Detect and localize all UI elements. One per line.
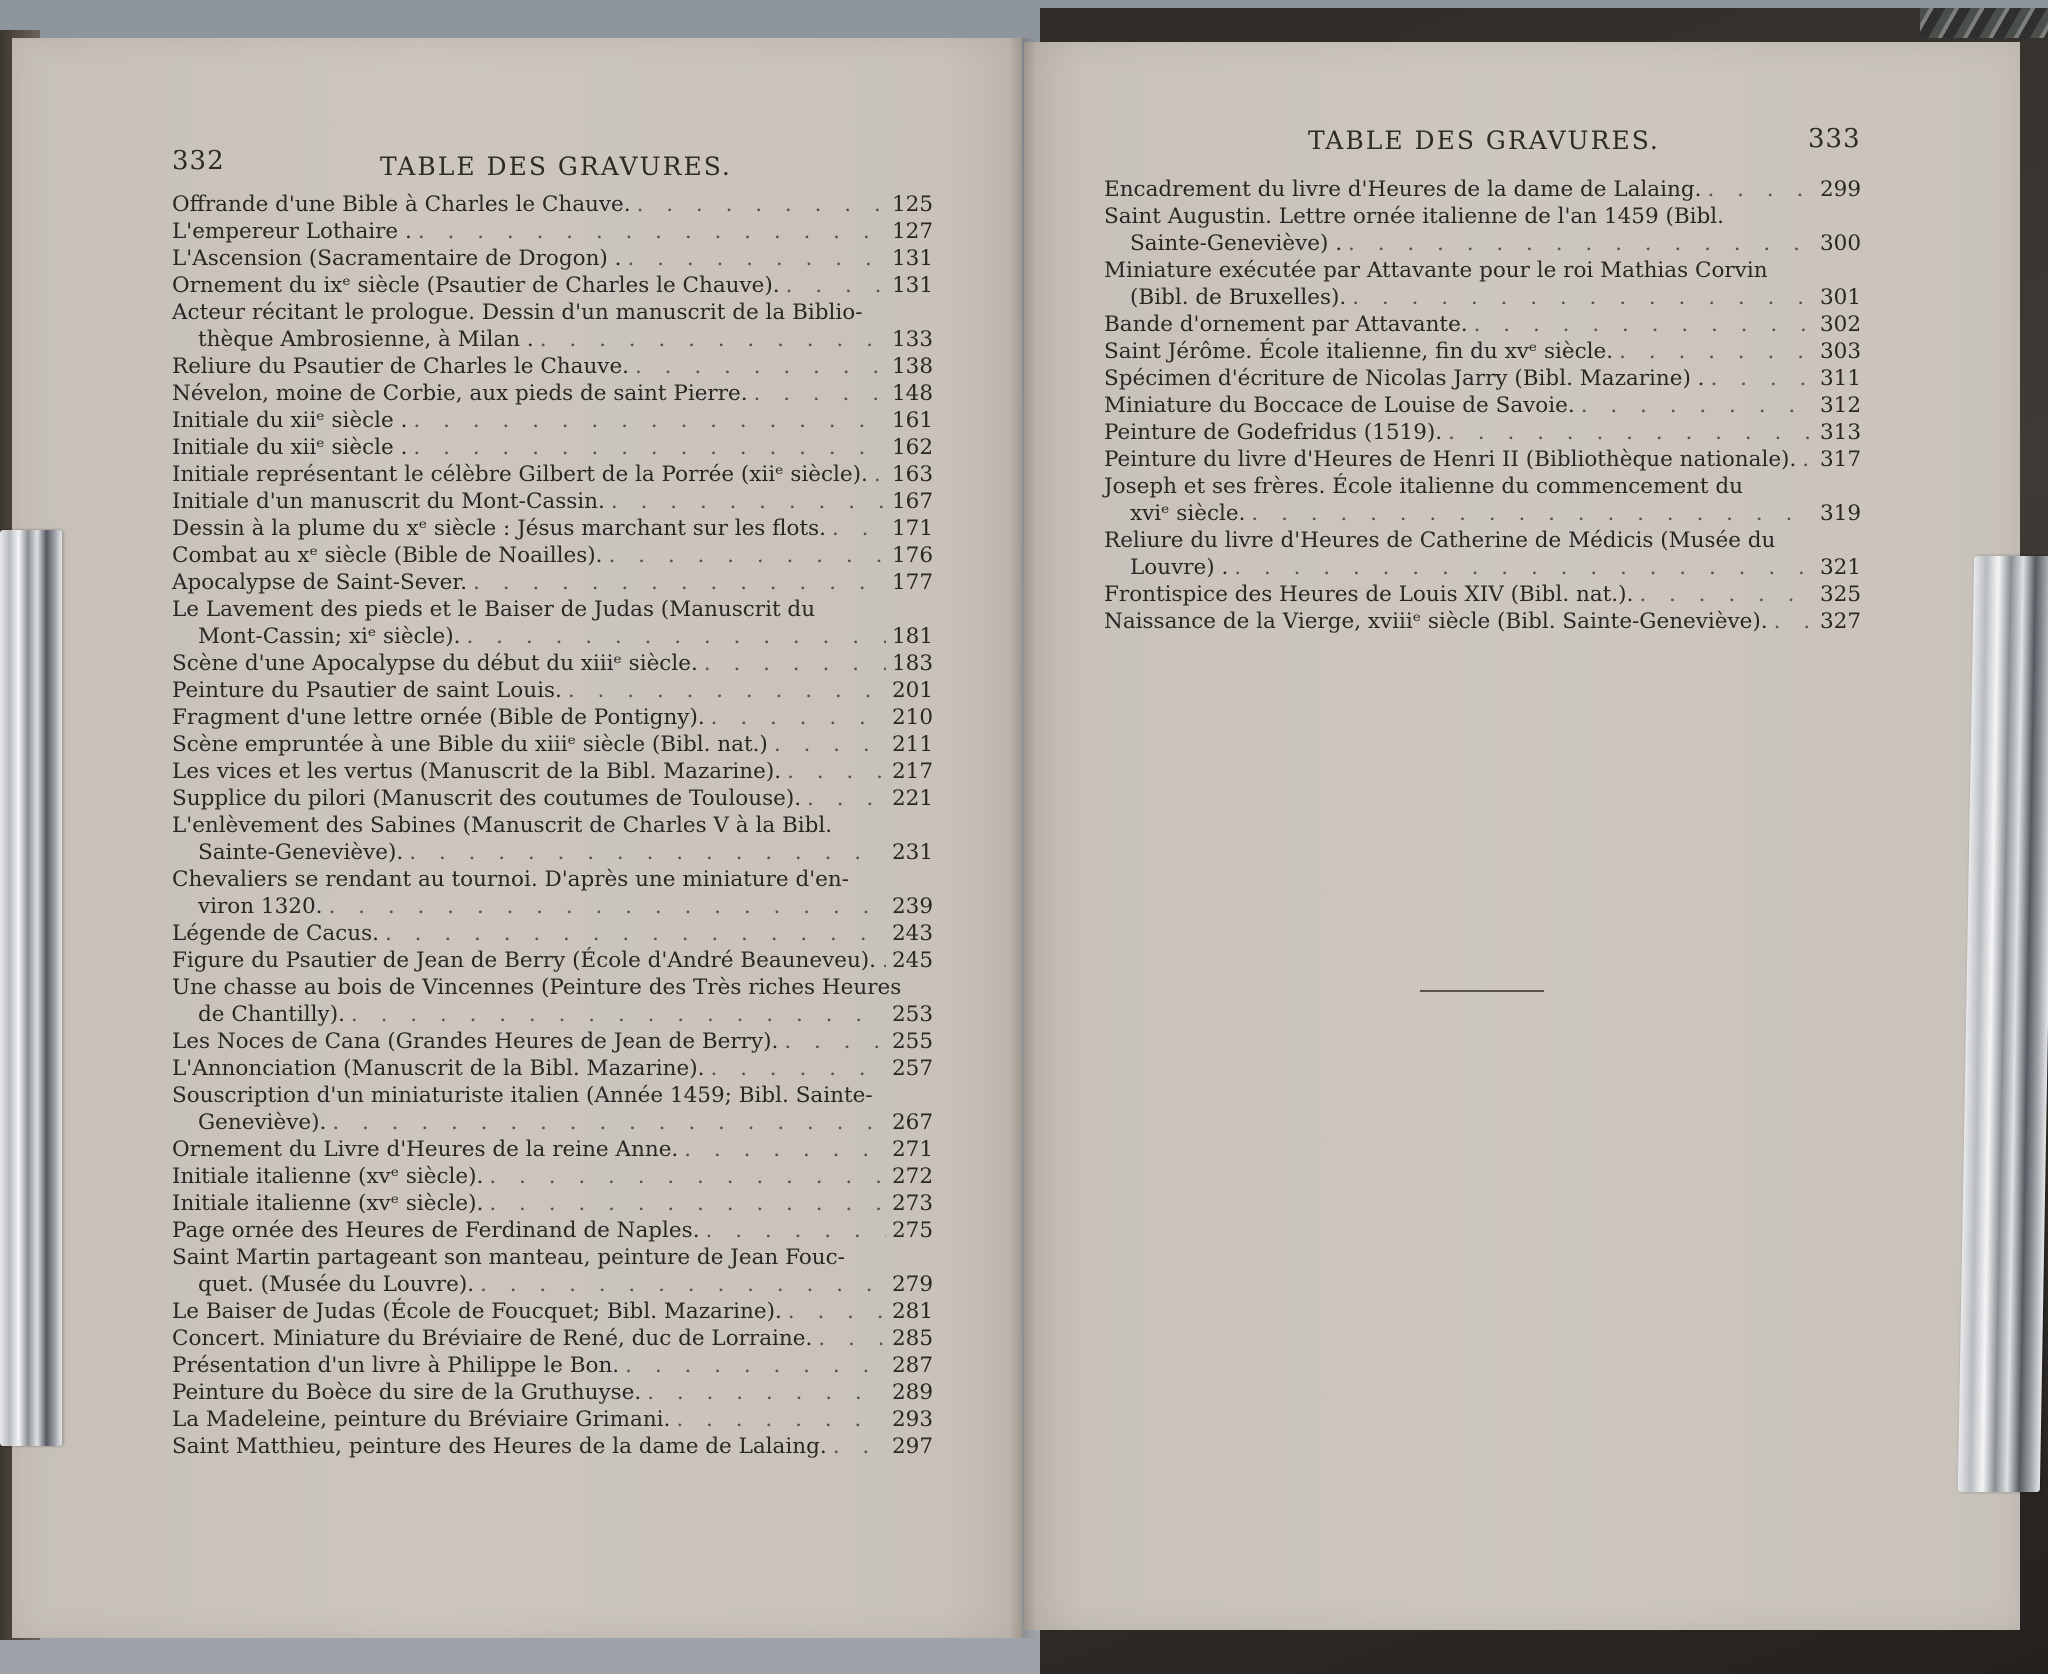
toc-entry-line: Peinture du livre d'Heures de Henri II (… bbox=[1104, 446, 1860, 473]
entry-page-number: 287 bbox=[892, 1352, 932, 1379]
dot-leader bbox=[328, 893, 886, 920]
toc-entry-line: Présentation d'un livre à Philippe le Bo… bbox=[172, 1352, 932, 1379]
entry-page-number: 302 bbox=[1820, 311, 1860, 338]
dot-leader bbox=[832, 515, 886, 542]
entry-page-number: 245 bbox=[892, 947, 932, 974]
dot-leader bbox=[385, 920, 886, 947]
entry-page-number: 210 bbox=[892, 704, 932, 731]
entry-page-number: 221 bbox=[892, 785, 932, 812]
dot-leader bbox=[540, 326, 886, 353]
toc-entry-line: Sainte-Geneviève).231 bbox=[172, 839, 932, 866]
dot-leader bbox=[786, 272, 886, 299]
toc-entry-line: Ornement du ixᵉ siècle (Psautier de Char… bbox=[172, 272, 932, 299]
toc-entry-line: Reliure du Psautier de Charles le Chauve… bbox=[172, 353, 932, 380]
toc-entry-line: Initiale italienne (xvᵉ siècle).272 bbox=[172, 1163, 932, 1190]
dot-leader bbox=[480, 1271, 886, 1298]
entry-title: Spécimen d'écriture de Nicolas Jarry (Bi… bbox=[1104, 365, 1705, 392]
dot-leader bbox=[467, 623, 886, 650]
entry-title: Frontispice des Heures de Louis XIV (Bib… bbox=[1104, 581, 1633, 608]
toc-entry-line: Scène d'une Apocalypse du début du xiiiᵉ… bbox=[172, 650, 932, 677]
entry-page-number: 176 bbox=[892, 542, 932, 569]
dot-leader bbox=[788, 1298, 886, 1325]
entry-page-number: 285 bbox=[892, 1325, 932, 1352]
entry-title: thèque Ambrosienne, à Milan . bbox=[172, 326, 534, 353]
toc-entry: Supplice du pilori (Manuscrit des coutum… bbox=[172, 785, 932, 812]
toc-entry-line: Dessin à la plume du xᵉ siècle : Jésus m… bbox=[172, 515, 932, 542]
dot-leader bbox=[413, 434, 886, 461]
dot-leader bbox=[1707, 176, 1814, 203]
toc-entry-line: Mont-Cassin; xiᵉ siècle).181 bbox=[172, 623, 932, 650]
entry-title: Initiale d'un manuscrit du Mont-Cassin. bbox=[172, 488, 605, 515]
entry-title: Concert. Miniature du Bréviaire de René,… bbox=[172, 1325, 812, 1352]
entry-title: L'Annonciation (Manuscrit de la Bibl. Ma… bbox=[172, 1055, 704, 1082]
entry-title: Ornement du ixᵉ siècle (Psautier de Char… bbox=[172, 272, 780, 299]
toc-entry: Scène empruntée à une Bible du xiiiᵉ siè… bbox=[172, 731, 932, 758]
toc-entry: Légende de Cacus.243 bbox=[172, 920, 932, 947]
toc-entry-line: Ornement du Livre d'Heures de la reine A… bbox=[172, 1136, 932, 1163]
entry-title: Scène empruntée à une Bible du xiiiᵉ siè… bbox=[172, 731, 768, 758]
entry-page-number: 325 bbox=[1820, 581, 1860, 608]
entry-page-number: 321 bbox=[1820, 554, 1860, 581]
dot-leader bbox=[787, 758, 886, 785]
dot-leader bbox=[473, 569, 886, 596]
toc-entry: Scène d'une Apocalypse du début du xiiiᵉ… bbox=[172, 650, 932, 677]
toc-entry-line: L'enlèvement des Sabines (Manuscrit de C… bbox=[172, 812, 932, 839]
toc-entry: Saint Matthieu, peinture des Heures de l… bbox=[172, 1433, 932, 1460]
toc-entry: L'enlèvement des Sabines (Manuscrit de C… bbox=[172, 812, 932, 866]
toc-entry-line: Reliure du livre d'Heures de Catherine d… bbox=[1104, 527, 1860, 554]
entry-title: Le Baiser de Judas (École de Foucquet; B… bbox=[172, 1298, 782, 1325]
spine-shadow bbox=[1010, 38, 1036, 1638]
right-page: TABLE DES GRAVURES. 333 Encadrement du l… bbox=[1024, 42, 2020, 1630]
toc-entry: L'Annonciation (Manuscrit de la Bibl. Ma… bbox=[172, 1055, 932, 1082]
toc-entry: Initiale italienne (xvᵉ siècle).272 bbox=[172, 1163, 932, 1190]
toc-entry-line: Souscription d'un miniaturiste italien (… bbox=[172, 1082, 932, 1109]
toc-entry-line: Saint Matthieu, peinture des Heures de l… bbox=[172, 1433, 932, 1460]
toc-entry: Fragment d'une lettre ornée (Bible de Po… bbox=[172, 704, 932, 731]
toc-entry: Miniature exécutée par Attavante pour le… bbox=[1104, 257, 1860, 311]
toc-entry: L'Ascension (Sacramentaire de Drogon) .1… bbox=[172, 245, 932, 272]
entry-title: Le Lavement des pieds et le Baiser de Ju… bbox=[172, 596, 815, 623]
entry-title: (Bibl. de Bruxelles). bbox=[1104, 284, 1346, 311]
toc-entry-line: Combat au xᵉ siècle (Bible de Noailles).… bbox=[172, 542, 932, 569]
toc-entry-line: Miniature du Boccace de Louise de Savoie… bbox=[1104, 392, 1860, 419]
toc-entry-line: Une chasse au bois de Vincennes (Peintur… bbox=[172, 974, 932, 1001]
entry-page-number: 281 bbox=[892, 1298, 932, 1325]
entry-page-number: 161 bbox=[892, 407, 932, 434]
dot-leader bbox=[706, 1217, 886, 1244]
dot-leader bbox=[784, 1028, 886, 1055]
toc-entry: L'empereur Lothaire .127 bbox=[172, 218, 932, 245]
entry-title: Naissance de la Vierge, xviiiᵉ siècle (B… bbox=[1104, 608, 1768, 635]
dot-leader bbox=[1352, 284, 1814, 311]
entry-page-number: 327 bbox=[1820, 608, 1860, 635]
entry-title: Saint Martin partageant son manteau, pei… bbox=[172, 1244, 845, 1271]
toc-entry-line: Les vices et les vertus (Manuscrit de la… bbox=[172, 758, 932, 785]
entry-title: Fragment d'une lettre ornée (Bible de Po… bbox=[172, 704, 705, 731]
entry-title: Scène d'une Apocalypse du début du xiiiᵉ… bbox=[172, 650, 698, 677]
toc-entry-line: Concert. Miniature du Bréviaire de René,… bbox=[172, 1325, 932, 1352]
entry-page-number: 183 bbox=[892, 650, 932, 677]
entry-title: xviᵉ siècle. bbox=[1104, 500, 1245, 527]
toc-entry: Présentation d'un livre à Philippe le Bo… bbox=[172, 1352, 932, 1379]
entry-title: Miniature exécutée par Attavante pour le… bbox=[1104, 257, 1768, 284]
toc-entry: Figure du Psautier de Jean de Berry (Éco… bbox=[172, 947, 932, 974]
entry-title: Chevaliers se rendant au tournoi. D'aprè… bbox=[172, 866, 849, 893]
toc-entry-line: Apocalypse de Saint-Sever.177 bbox=[172, 569, 932, 596]
dot-leader bbox=[1474, 311, 1814, 338]
entry-title: Peinture du Psautier de saint Louis. bbox=[172, 677, 562, 704]
dot-leader bbox=[754, 380, 886, 407]
page-clip-right[interactable] bbox=[1958, 556, 2048, 1492]
toc-entry: Névelon, moine de Corbie, aux pieds de s… bbox=[172, 380, 932, 407]
entry-title: L'enlèvement des Sabines (Manuscrit de C… bbox=[172, 812, 832, 839]
dot-leader bbox=[1234, 554, 1814, 581]
entry-page-number: 181 bbox=[892, 623, 932, 650]
toc-entry: Acteur récitant le prologue. Dessin d'un… bbox=[172, 299, 932, 353]
toc-entry: Saint Jérôme. École italienne, fin du xv… bbox=[1104, 338, 1860, 365]
entry-title: Mont-Cassin; xiᵉ siècle). bbox=[172, 623, 461, 650]
entry-title: Les Noces de Cana (Grandes Heures de Jea… bbox=[172, 1028, 778, 1055]
entry-title: Initiale du xiiᵉ siècle . bbox=[172, 407, 407, 434]
toc-entry-line: L'Annonciation (Manuscrit de la Bibl. Ma… bbox=[172, 1055, 932, 1082]
toc-entry-line: Supplice du pilori (Manuscrit des coutum… bbox=[172, 785, 932, 812]
entry-title: Saint Jérôme. École italienne, fin du xv… bbox=[1104, 338, 1613, 365]
dot-leader bbox=[409, 839, 886, 866]
toc-entry: Les Noces de Cana (Grandes Heures de Jea… bbox=[172, 1028, 932, 1055]
toc-entry-line: L'empereur Lothaire .127 bbox=[172, 218, 932, 245]
toc-entry: Peinture du livre d'Heures de Henri II (… bbox=[1104, 446, 1860, 473]
toc-entry: Ornement du ixᵉ siècle (Psautier de Char… bbox=[172, 272, 932, 299]
entry-title: Initiale représentant le célèbre Gilbert… bbox=[172, 461, 868, 488]
toc-entry: Page ornée des Heures de Ferdinand de Na… bbox=[172, 1217, 932, 1244]
toc-entry-line: Initiale représentant le célèbre Gilbert… bbox=[172, 461, 932, 488]
toc-entry-line: Joseph et ses frères. École italienne du… bbox=[1104, 473, 1860, 500]
entry-page-number: 275 bbox=[892, 1217, 932, 1244]
entry-page-number: 231 bbox=[892, 839, 932, 866]
toc-entry-line: Spécimen d'écriture de Nicolas Jarry (Bi… bbox=[1104, 365, 1860, 392]
dot-leader bbox=[1448, 419, 1814, 446]
entry-title: Combat au xᵉ siècle (Bible de Noailles). bbox=[172, 542, 603, 569]
entry-title: Initiale du xiiᵉ siècle . bbox=[172, 434, 407, 461]
entry-title: Souscription d'un miniaturiste italien (… bbox=[172, 1082, 873, 1109]
entry-title: Ornement du Livre d'Heures de la reine A… bbox=[172, 1136, 678, 1163]
entry-page-number: 253 bbox=[892, 1001, 932, 1028]
toc-entry: Initiale du xiiᵉ siècle .162 bbox=[172, 434, 932, 461]
entry-title: Acteur récitant le prologue. Dessin d'un… bbox=[172, 299, 862, 326]
entry-title: Offrande d'une Bible à Charles le Chauve… bbox=[172, 191, 631, 218]
toc-entry: Initiale du xiiᵉ siècle .161 bbox=[172, 407, 932, 434]
entry-title: Page ornée des Heures de Ferdinand de Na… bbox=[172, 1217, 700, 1244]
toc-entry: Peinture du Boèce du sire de la Gruthuys… bbox=[172, 1379, 932, 1406]
toc-entry: La Madeleine, peinture du Bréviaire Grim… bbox=[172, 1406, 932, 1433]
dot-leader bbox=[635, 353, 886, 380]
entry-page-number: 138 bbox=[892, 353, 932, 380]
toc-entry: Combat au xᵉ siècle (Bible de Noailles).… bbox=[172, 542, 932, 569]
dot-leader bbox=[611, 488, 886, 515]
toc-entry-line: quet. (Musée du Louvre).279 bbox=[172, 1271, 932, 1298]
entry-title: Supplice du pilori (Manuscrit des coutum… bbox=[172, 785, 801, 812]
toc-entry-line: Névelon, moine de Corbie, aux pieds de s… bbox=[172, 380, 932, 407]
entry-page-number: 255 bbox=[892, 1028, 932, 1055]
toc-entry-line: Saint Jérôme. École italienne, fin du xv… bbox=[1104, 338, 1860, 365]
dot-leader bbox=[568, 677, 886, 704]
entry-title: Geneviève). bbox=[172, 1109, 326, 1136]
entry-title: viron 1320. bbox=[172, 893, 322, 920]
toc-entry-line: Saint Augustin. Lettre ornée italienne d… bbox=[1104, 203, 1860, 230]
dot-leader bbox=[1348, 230, 1814, 257]
dot-leader bbox=[1251, 500, 1814, 527]
toc-entry: Initiale italienne (xvᵉ siècle).273 bbox=[172, 1190, 932, 1217]
dot-leader bbox=[351, 1001, 886, 1028]
dot-leader bbox=[1639, 581, 1814, 608]
entry-title: L'Ascension (Sacramentaire de Drogon) . bbox=[172, 245, 621, 272]
running-title-right: TABLE DES GRAVURES. bbox=[1308, 126, 1660, 155]
toc-entry: Peinture du Psautier de saint Louis.201 bbox=[172, 677, 932, 704]
toc-entry: Saint Martin partageant son manteau, pei… bbox=[172, 1244, 932, 1298]
toc-entry-line: Page ornée des Heures de Ferdinand de Na… bbox=[172, 1217, 932, 1244]
entry-title: Présentation d'un livre à Philippe le Bo… bbox=[172, 1352, 619, 1379]
entry-page-number: 267 bbox=[892, 1109, 932, 1136]
running-title-left: TABLE DES GRAVURES. bbox=[380, 152, 732, 181]
entry-page-number: 133 bbox=[892, 326, 932, 353]
toc-entry: Offrande d'une Bible à Charles le Chauve… bbox=[172, 191, 932, 218]
entry-page-number: 311 bbox=[1820, 365, 1860, 392]
entry-title: Initiale italienne (xvᵉ siècle). bbox=[172, 1190, 483, 1217]
toc-entry-line: Les Noces de Cana (Grandes Heures de Jea… bbox=[172, 1028, 932, 1055]
entry-page-number: 297 bbox=[892, 1433, 932, 1460]
toc-entry-line: Peinture du Psautier de saint Louis.201 bbox=[172, 677, 932, 704]
toc-entry: Initiale représentant le célèbre Gilbert… bbox=[172, 461, 932, 488]
entry-page-number: 300 bbox=[1820, 230, 1860, 257]
entry-title: Légende de Cacus. bbox=[172, 920, 379, 947]
dot-leader bbox=[704, 650, 886, 677]
entry-page-number: 303 bbox=[1820, 338, 1860, 365]
entry-page-number: 125 bbox=[892, 191, 932, 218]
toc-entry-line: Fragment d'une lettre ornée (Bible de Po… bbox=[172, 704, 932, 731]
toc-entry: Bande d'ornement par Attavante.302 bbox=[1104, 311, 1860, 338]
toc-entry: Encadrement du livre d'Heures de la dame… bbox=[1104, 176, 1860, 203]
entry-title: Reliure du Psautier de Charles le Chauve… bbox=[172, 353, 629, 380]
entry-page-number: 171 bbox=[892, 515, 932, 542]
toc-entry: Concert. Miniature du Bréviaire de René,… bbox=[172, 1325, 932, 1352]
dot-leader bbox=[1581, 392, 1814, 419]
page-clip-left[interactable] bbox=[0, 530, 62, 1446]
entry-page-number: 293 bbox=[892, 1406, 932, 1433]
entry-page-number: 131 bbox=[892, 245, 932, 272]
dot-leader bbox=[609, 542, 887, 569]
toc-entry-line: Naissance de la Vierge, xviiiᵉ siècle (B… bbox=[1104, 608, 1860, 635]
dot-leader bbox=[774, 731, 886, 758]
toc-entry: Spécimen d'écriture de Nicolas Jarry (Bi… bbox=[1104, 365, 1860, 392]
entry-title: Miniature du Boccace de Louise de Savoie… bbox=[1104, 392, 1575, 419]
toc-entry-line: viron 1320.239 bbox=[172, 893, 932, 920]
toc-entry: Le Baiser de Judas (École de Foucquet; B… bbox=[172, 1298, 932, 1325]
entry-page-number: 272 bbox=[892, 1163, 932, 1190]
toc-entry-line: Le Baiser de Judas (École de Foucquet; B… bbox=[172, 1298, 932, 1325]
entry-title: Sainte-Geneviève). bbox=[172, 839, 403, 866]
entry-title: Saint Augustin. Lettre ornée italienne d… bbox=[1104, 203, 1724, 230]
toc-entry: Saint Augustin. Lettre ornée italienne d… bbox=[1104, 203, 1860, 257]
toc-entry: Souscription d'un miniaturiste italien (… bbox=[172, 1082, 932, 1136]
entry-page-number: 148 bbox=[892, 380, 932, 407]
entry-title: Dessin à la plume du xᵉ siècle : Jésus m… bbox=[172, 515, 826, 542]
dot-leader bbox=[676, 1406, 886, 1433]
entry-page-number: 243 bbox=[892, 920, 932, 947]
toc-entry-line: Geneviève).267 bbox=[172, 1109, 932, 1136]
entry-page-number: 312 bbox=[1820, 392, 1860, 419]
entry-title: Reliure du livre d'Heures de Catherine d… bbox=[1104, 527, 1775, 554]
entry-title: Joseph et ses frères. École italienne du… bbox=[1104, 473, 1743, 500]
toc-entry: Ornement du Livre d'Heures de la reine A… bbox=[172, 1136, 932, 1163]
entry-title: Peinture du Boèce du sire de la Gruthuys… bbox=[172, 1379, 641, 1406]
dot-leader bbox=[625, 1352, 886, 1379]
dot-leader bbox=[874, 461, 886, 488]
entry-page-number: 257 bbox=[892, 1055, 932, 1082]
toc-entry: Le Lavement des pieds et le Baiser de Ju… bbox=[172, 596, 932, 650]
toc-entry: Les vices et les vertus (Manuscrit de la… bbox=[172, 758, 932, 785]
entry-page-number: 273 bbox=[892, 1190, 932, 1217]
dot-leader bbox=[1711, 365, 1815, 392]
entry-page-number: 201 bbox=[892, 677, 932, 704]
entry-page-number: 163 bbox=[892, 461, 932, 488]
entry-title: Peinture du livre d'Heures de Henri II (… bbox=[1104, 446, 1796, 473]
entry-title: L'empereur Lothaire . bbox=[172, 218, 412, 245]
toc-entry-line: thèque Ambrosienne, à Milan .133 bbox=[172, 326, 932, 353]
toc-entry-line: Saint Martin partageant son manteau, pei… bbox=[172, 1244, 932, 1271]
toc-entry: Une chasse au bois de Vincennes (Peintur… bbox=[172, 974, 932, 1028]
entry-page-number: 317 bbox=[1820, 446, 1860, 473]
entry-title: Les vices et les vertus (Manuscrit de la… bbox=[172, 758, 781, 785]
toc-entry: Dessin à la plume du xᵉ siècle : Jésus m… bbox=[172, 515, 932, 542]
toc-entry-line: Frontispice des Heures de Louis XIV (Bib… bbox=[1104, 581, 1860, 608]
end-rule bbox=[1420, 990, 1544, 992]
dot-leader bbox=[684, 1136, 886, 1163]
entry-title: Une chasse au bois de Vincennes (Peintur… bbox=[172, 974, 901, 1001]
entry-page-number: 167 bbox=[892, 488, 932, 515]
entry-title: de Chantilly). bbox=[172, 1001, 345, 1028]
entry-title: Encadrement du livre d'Heures de la dame… bbox=[1104, 176, 1701, 203]
entry-page-number: 299 bbox=[1820, 176, 1860, 203]
entry-title: Peinture de Godefridus (1519). bbox=[1104, 419, 1442, 446]
dot-leader bbox=[710, 1055, 886, 1082]
dot-leader bbox=[818, 1325, 886, 1352]
toc-entry-line: xviᵉ siècle.319 bbox=[1104, 500, 1860, 527]
toc-entry: Naissance de la Vierge, xviiiᵉ siècle (B… bbox=[1104, 608, 1860, 635]
dot-leader bbox=[882, 947, 886, 974]
toc-entry: Frontispice des Heures de Louis XIV (Bib… bbox=[1104, 581, 1860, 608]
toc-entry-line: Initiale d'un manuscrit du Mont-Cassin.1… bbox=[172, 488, 932, 515]
entry-title: Apocalypse de Saint-Sever. bbox=[172, 569, 467, 596]
entry-title: Névelon, moine de Corbie, aux pieds de s… bbox=[172, 380, 748, 407]
dot-leader bbox=[627, 245, 886, 272]
page-number-right: 333 bbox=[1808, 124, 1861, 154]
right-entries-list: Encadrement du livre d'Heures de la dame… bbox=[1104, 176, 1860, 635]
entry-page-number: 319 bbox=[1820, 500, 1860, 527]
toc-entry-line: Bande d'ornement par Attavante.302 bbox=[1104, 311, 1860, 338]
left-page: 332 TABLE DES GRAVURES. Offrande d'une B… bbox=[12, 38, 1022, 1638]
toc-entry-line: de Chantilly).253 bbox=[172, 1001, 932, 1028]
entry-page-number: 279 bbox=[892, 1271, 932, 1298]
entry-page-number: 127 bbox=[892, 218, 932, 245]
dot-leader bbox=[637, 191, 886, 218]
entry-title: Louvre) . bbox=[1104, 554, 1228, 581]
toc-entry-line: (Bibl. de Bruxelles).301 bbox=[1104, 284, 1860, 311]
toc-entry-line: Miniature exécutée par Attavante pour le… bbox=[1104, 257, 1860, 284]
entry-title: Initiale italienne (xvᵉ siècle). bbox=[172, 1163, 483, 1190]
toc-entry-line: Acteur récitant le prologue. Dessin d'un… bbox=[172, 299, 932, 326]
toc-entry-line: Figure du Psautier de Jean de Berry (Éco… bbox=[172, 947, 932, 974]
toc-entry-line: Sainte-Geneviève) .300 bbox=[1104, 230, 1860, 257]
toc-entry: Chevaliers se rendant au tournoi. D'aprè… bbox=[172, 866, 932, 920]
entry-page-number: 162 bbox=[892, 434, 932, 461]
toc-entry-line: Peinture de Godefridus (1519).313 bbox=[1104, 419, 1860, 446]
entry-page-number: 131 bbox=[892, 272, 932, 299]
entry-page-number: 211 bbox=[892, 731, 932, 758]
dot-leader bbox=[647, 1379, 886, 1406]
toc-entry-line: Louvre) .321 bbox=[1104, 554, 1860, 581]
dot-leader bbox=[833, 1433, 886, 1460]
entry-title: Saint Matthieu, peinture des Heures de l… bbox=[172, 1433, 827, 1460]
entry-title: Figure du Psautier de Jean de Berry (Éco… bbox=[172, 947, 876, 974]
dot-leader bbox=[418, 218, 886, 245]
toc-entry: Peinture de Godefridus (1519).313 bbox=[1104, 419, 1860, 446]
toc-entry-line: L'Ascension (Sacramentaire de Drogon) .1… bbox=[172, 245, 932, 272]
entry-page-number: 239 bbox=[892, 893, 932, 920]
entry-page-number: 177 bbox=[892, 569, 932, 596]
entry-title: Bande d'ornement par Attavante. bbox=[1104, 311, 1468, 338]
toc-entry-line: Initiale du xiiᵉ siècle .162 bbox=[172, 434, 932, 461]
toc-entry-line: Peinture du Boèce du sire de la Gruthuys… bbox=[172, 1379, 932, 1406]
dot-leader bbox=[1774, 608, 1814, 635]
dot-leader bbox=[489, 1190, 886, 1217]
dot-leader bbox=[1619, 338, 1814, 365]
toc-entry: Reliure du livre d'Heures de Catherine d… bbox=[1104, 527, 1860, 581]
toc-entry-line: Le Lavement des pieds et le Baiser de Ju… bbox=[172, 596, 932, 623]
entry-title: quet. (Musée du Louvre). bbox=[172, 1271, 474, 1298]
entry-page-number: 271 bbox=[892, 1136, 932, 1163]
entry-page-number: 301 bbox=[1820, 284, 1860, 311]
toc-entry: Initiale d'un manuscrit du Mont-Cassin.1… bbox=[172, 488, 932, 515]
toc-entry-line: Offrande d'une Bible à Charles le Chauve… bbox=[172, 191, 932, 218]
entry-page-number: 289 bbox=[892, 1379, 932, 1406]
left-entries-list: Offrande d'une Bible à Charles le Chauve… bbox=[172, 191, 932, 1460]
toc-entry: Apocalypse de Saint-Sever.177 bbox=[172, 569, 932, 596]
dot-leader bbox=[332, 1109, 886, 1136]
toc-entry: Miniature du Boccace de Louise de Savoie… bbox=[1104, 392, 1860, 419]
toc-entry-line: Initiale du xiiᵉ siècle .161 bbox=[172, 407, 932, 434]
dot-leader bbox=[413, 407, 886, 434]
entry-title: La Madeleine, peinture du Bréviaire Grim… bbox=[172, 1406, 670, 1433]
dot-leader bbox=[1802, 446, 1814, 473]
entry-page-number: 217 bbox=[892, 758, 932, 785]
toc-entry-line: Encadrement du livre d'Heures de la dame… bbox=[1104, 176, 1860, 203]
toc-entry-line: Légende de Cacus.243 bbox=[172, 920, 932, 947]
page-number-left: 332 bbox=[172, 146, 225, 176]
toc-entry: Joseph et ses frères. École italienne du… bbox=[1104, 473, 1860, 527]
dot-leader bbox=[489, 1163, 886, 1190]
dot-leader bbox=[807, 785, 886, 812]
toc-entry: Reliure du Psautier de Charles le Chauve… bbox=[172, 353, 932, 380]
toc-entry-line: La Madeleine, peinture du Bréviaire Grim… bbox=[172, 1406, 932, 1433]
entry-title: Sainte-Geneviève) . bbox=[1104, 230, 1342, 257]
toc-entry-line: Scène empruntée à une Bible du xiiiᵉ siè… bbox=[172, 731, 932, 758]
toc-entry-line: Chevaliers se rendant au tournoi. D'aprè… bbox=[172, 866, 932, 893]
entry-page-number: 313 bbox=[1820, 419, 1860, 446]
dot-leader bbox=[711, 704, 886, 731]
toc-entry-line: Initiale italienne (xvᵉ siècle).273 bbox=[172, 1190, 932, 1217]
